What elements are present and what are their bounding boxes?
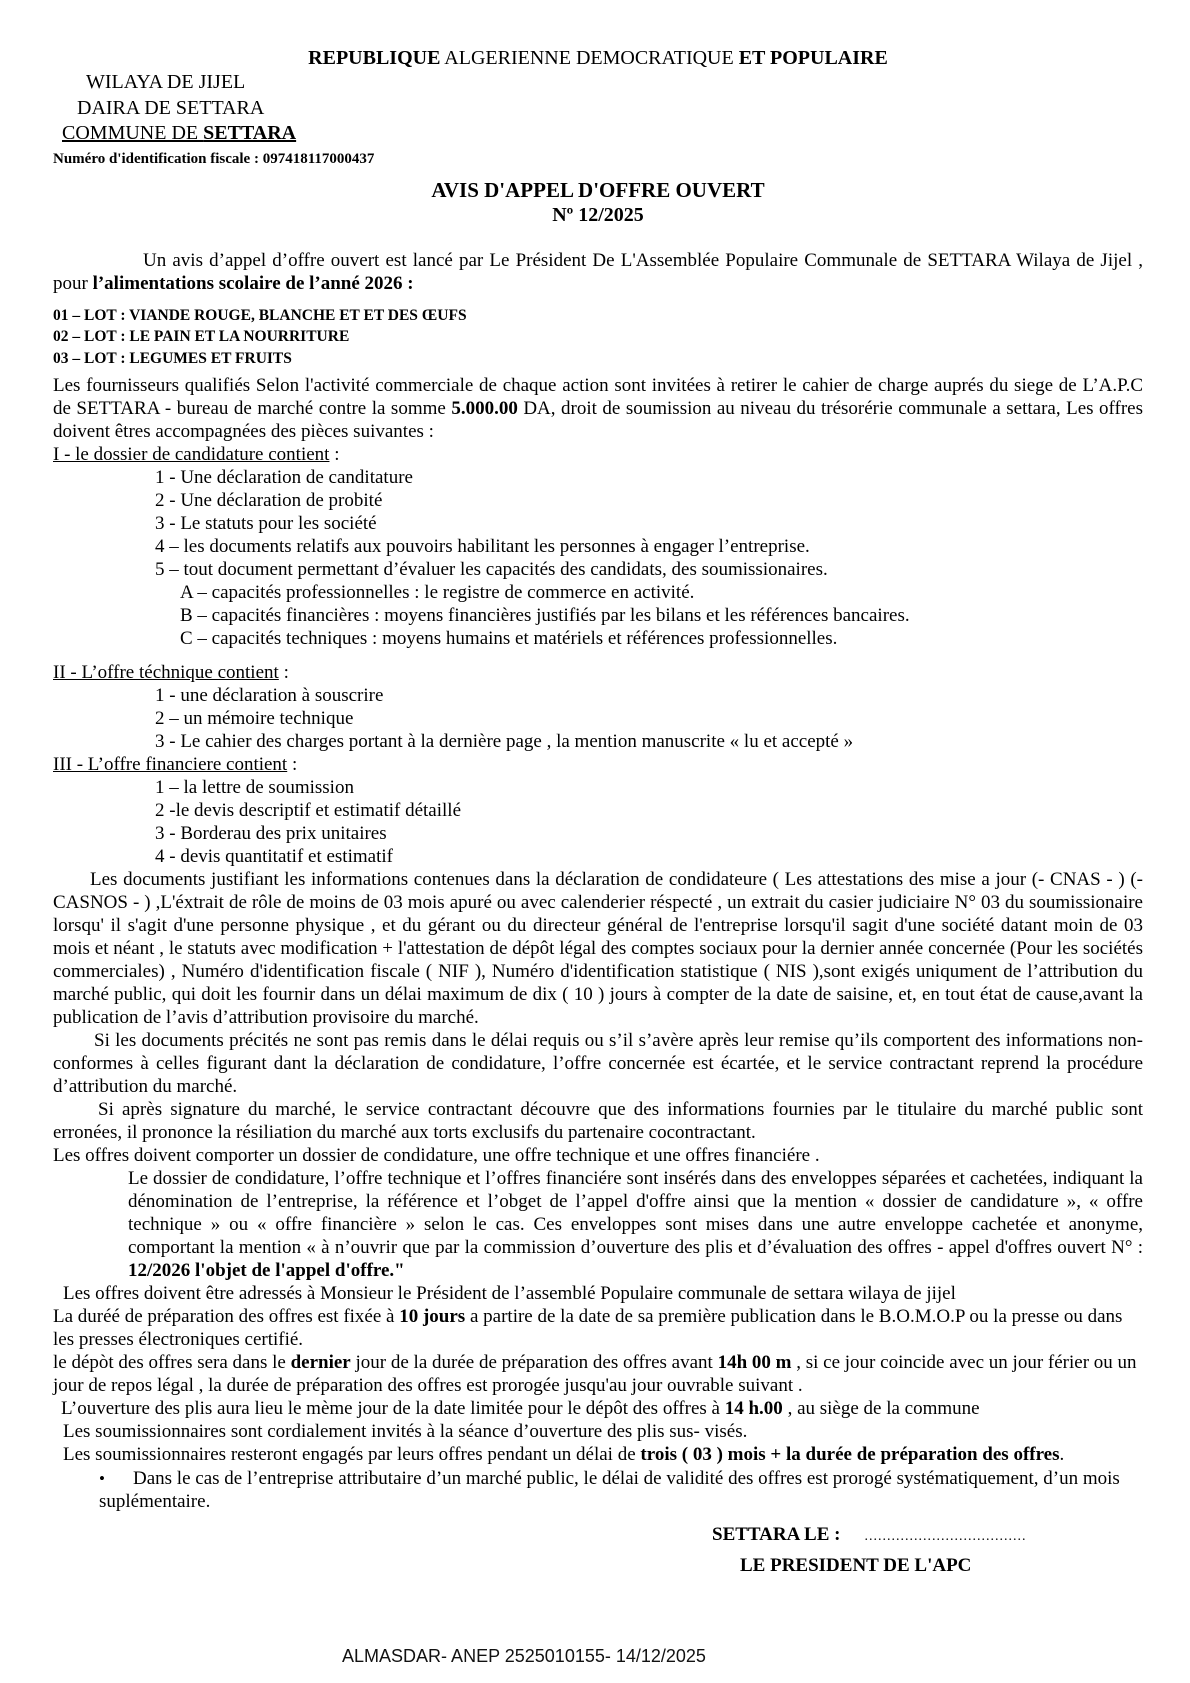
wilaya-line: WILAYA DE JIJEL — [53, 70, 1143, 96]
section3-item: 4 - devis quantitatif et estimatif — [53, 845, 1143, 868]
document-page: REPUBLIQUE ALGERIENNE DEMOCRATIQUE ET PO… — [0, 0, 1190, 1683]
preparation-duration-paragraph: La duréé de préparation des offres est f… — [53, 1305, 1143, 1351]
justifying-documents-paragraph: Les documents justifiant les information… — [53, 868, 1143, 1029]
signature-place-label: SETTARA LE : — [712, 1524, 840, 1545]
suppliers-paragraph: Les fournisseurs qualifiés Selon l'activ… — [53, 374, 1143, 443]
section1-item: 1 - Une déclaration de canditature — [53, 466, 1143, 489]
republic-title-line: REPUBLIQUE ALGERIENNE DEMOCRATIQUE ET PO… — [53, 46, 1143, 70]
offers-composition-line: Les offres doivent comporter un dossier … — [53, 1144, 1143, 1167]
section1-item: 2 - Une déclaration de probité — [53, 489, 1143, 512]
lot-line-3: 03 – LOT : LEGUMES ET FRUITS — [53, 348, 1143, 370]
notice-title: AVIS D'APPEL D'OFFRE OUVERT — [53, 178, 1143, 203]
section1-item: 5 – tout document permettant d’évaluer l… — [53, 558, 1143, 581]
signature-block: SETTARA LE :............................… — [712, 1520, 1143, 1580]
lot-line-1: 01 – LOT : VIANDE ROUGE, BLANCHE ET ET D… — [53, 305, 1143, 327]
notice-number: Nº 12/2025 — [53, 203, 1143, 227]
section2-item: 1 - une déclaration à souscrire — [53, 684, 1143, 707]
section3-item: 2 -le devis descriptif et estimatif déta… — [53, 799, 1143, 822]
lot-line-2: 02 – LOT : LE PAIN ET LA NOURRITURE — [53, 326, 1143, 348]
section3-item: 1 – la lettre de soumission — [53, 776, 1143, 799]
section2-item: 2 – un mémoire technique — [53, 707, 1143, 730]
section1-subitem: A – capacités professionnelles : le regi… — [53, 581, 1143, 604]
section1-subitem: B – capacités financières : moyens finan… — [53, 604, 1143, 627]
section1-subitem: C – capacités techniques : moyens humain… — [53, 627, 1143, 650]
addressing-line: Les offres doivent être adressés à Monsi… — [53, 1282, 1143, 1305]
section1-heading: I - le dossier de candidature contient : — [53, 443, 1143, 466]
daira-line: DAIRA DE SETTARA — [53, 96, 1143, 122]
envelopes-paragraph: Le dossier de condidature, l’offre techn… — [128, 1167, 1143, 1282]
signature-place-line: SETTARA LE :............................… — [712, 1520, 1143, 1551]
bullet-icon: • — [99, 1467, 133, 1490]
missing-documents-paragraph: Si les documents précités ne sont pas re… — [53, 1029, 1143, 1098]
opening-line: L’ouverture des plis aura lieu le mème j… — [53, 1397, 1143, 1420]
commune-line: COMMUNE DE SETTARA — [53, 121, 1143, 147]
section3-item: 3 - Borderau des prix unitaires — [53, 822, 1143, 845]
after-signature-paragraph: Si après signature du marché, le service… — [53, 1098, 1143, 1144]
signature-dotted-line: .................................... — [864, 1529, 1026, 1544]
intro-paragraph: Un avis d’appel d’offre ouvert est lancé… — [53, 249, 1143, 295]
section2-heading: II - L’offre téchnique contient : — [53, 661, 1143, 684]
fiscal-id-line: Numéro d'identification fiscale : 097418… — [53, 149, 1143, 169]
deposit-paragraph: le dépòt des offres sera dans le dernier… — [53, 1351, 1143, 1397]
bullet-text: Dans le cas de l’entreprise attributaire… — [99, 1468, 1120, 1512]
section1-item: 4 – les documents relatifs aux pouvoirs … — [53, 535, 1143, 558]
signature-president-label: LE PRESIDENT DE L'APC — [712, 1551, 1143, 1580]
invitation-line: Les soumissionnaires sont cordialement i… — [53, 1420, 1143, 1443]
document-content: REPUBLIQUE ALGERIENNE DEMOCRATIQUE ET PO… — [0, 0, 1190, 1580]
publication-footer: ALMASDAR- ANEP 2525010155- 14/12/2025 — [0, 1646, 1048, 1667]
section2-item: 3 - Le cahier des charges portant à la d… — [53, 730, 1143, 753]
section1-item: 3 - Le statuts pour les société — [53, 512, 1143, 535]
validity-bullet-item: •Dans le cas de l’entreprise attributair… — [99, 1467, 1143, 1513]
engagement-line: Les soumissionnaires resteront engagés p… — [53, 1443, 1143, 1466]
section3-heading: III - L’offre financiere contient : — [53, 753, 1143, 776]
lots-list: 01 – LOT : VIANDE ROUGE, BLANCHE ET ET D… — [53, 305, 1143, 370]
